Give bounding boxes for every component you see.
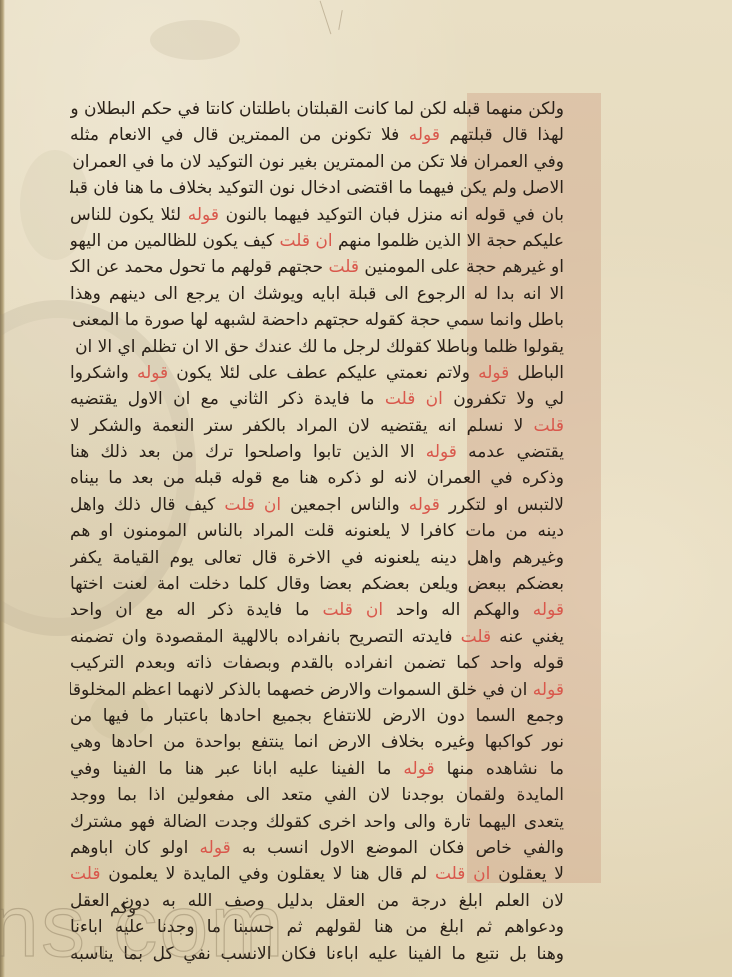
line-text: باطل وانما سمي حجة كقوله حجتهم داحضة لشب… xyxy=(70,310,564,330)
paper-stain xyxy=(150,20,240,60)
line-text: دينه من مات كافرا لا يلعنونه قلت المراد … xyxy=(70,521,564,541)
manuscript-line: بعضكم ببعض ويلعن بعضكم بعضا وقال كلما دخ… xyxy=(70,571,564,597)
line-text: قوله واحد كما تضمن انفراده بالقدم وبصفات… xyxy=(70,653,564,673)
manuscript-line: دينه من مات كافرا لا يلعنونه قلت المراد … xyxy=(70,518,564,544)
rubric-heading: قوله xyxy=(533,600,564,620)
rubric-heading: قوله xyxy=(137,363,168,383)
rubric-heading: قوله xyxy=(409,495,440,515)
manuscript-line: الباطل قوله ولاتم نعمتي عليكم عطف على لئ… xyxy=(70,360,564,386)
rubric-heading: قوله xyxy=(533,680,564,700)
rubric-heading: ان قلت xyxy=(280,231,333,251)
manuscript-line: لي ولا تكفرون ان قلت ما فايدة ذكر الثاني… xyxy=(70,386,564,412)
line-text: لالتبس او لتكرر xyxy=(440,495,564,515)
line-text: يقولوا ظلما وباطلا كقولك لرجل ما لك عندك… xyxy=(70,337,564,357)
line-text: كيف يكون للظالمين من اليهود xyxy=(70,231,280,251)
manuscript-line: يقولوا ظلما وباطلا كقولك لرجل ما لك عندك… xyxy=(70,334,564,360)
line-text: بان في قوله انه منزل فبان التوكيد فيهما … xyxy=(219,205,564,225)
line-text: لا نسلم انه يقتضيه لان المراد بالكفر ستر… xyxy=(70,416,534,436)
manuscript-line: يقتضي عدمه قوله الا الذين تابوا واصلحوا … xyxy=(70,439,564,465)
line-text: فايدته التصريح بانفراده بالالهية المقصود… xyxy=(70,627,461,647)
manuscript-line: المايدة ولقمان بوجدنا لان الفي متعد الى … xyxy=(70,782,564,808)
manuscript-line: عليكم حجة الا الذين ظلموا منهم ان قلت كي… xyxy=(70,228,564,254)
manuscript-page: ولكن منهما قبله لكن لما كانت القبلتان با… xyxy=(0,0,732,977)
line-text: الا الذين تابوا واصلحوا ترك من بعد ذلك ه… xyxy=(70,442,426,462)
manuscript-line: ولكن منهما قبله لكن لما كانت القبلتان با… xyxy=(70,96,564,122)
line-text: ما فايدة ذكر اله مع ان واحد xyxy=(70,600,322,620)
paper-crease xyxy=(338,10,342,30)
line-text: واشكروا xyxy=(70,363,137,383)
manuscript-line: باطل وانما سمي حجة كقوله حجتهم داحضة لشب… xyxy=(70,307,564,333)
manuscript-line: وغيرهم واهل دينه يلعنونه في الاخرة قال ت… xyxy=(70,545,564,571)
rubric-heading: قوله xyxy=(426,442,457,462)
line-text: نور كواكبها وغيره بخلاف الارض انما ينتفع… xyxy=(70,732,564,752)
manuscript-line: والفي خاص فكان الموضع الاول انسب به قوله… xyxy=(70,835,564,861)
line-text: وجمع السما دون الارض للانتفاع بجميع احاد… xyxy=(70,706,564,726)
manuscript-line: يتعدى اليهما تارة والى واحد اخرى كقولك و… xyxy=(70,809,564,835)
manuscript-line: يغني عنه قلت فايدته التصريح بانفراده بال… xyxy=(70,624,564,650)
line-text: الا انه بدا له الرجوع الى قبلة ابايه ويو… xyxy=(70,284,564,304)
rubric-heading: قلت xyxy=(534,416,564,436)
line-text: يقتضي عدمه xyxy=(457,442,564,462)
line-text: والفي خاص فكان الموضع الاول انسب به xyxy=(231,838,564,858)
line-text: المايدة ولقمان بوجدنا لان الفي متعد الى … xyxy=(70,785,564,805)
manuscript-line: الا انه بدا له الرجوع الى قبلة ابايه ويو… xyxy=(70,281,564,307)
manuscript-line: قوله واحد كما تضمن انفراده بالقدم وبصفات… xyxy=(70,650,564,676)
rubric-heading: ان قلت xyxy=(385,389,443,409)
rubric-heading: قلت xyxy=(461,627,491,647)
watermark-text: ns.com xyxy=(0,882,286,970)
line-text: كيف قال ذلك واهل xyxy=(70,495,224,515)
line-text: ما نشاهده منها xyxy=(435,759,564,779)
manuscript-line: او غيرهم حجة على المومنين قلت حجتهم قوله… xyxy=(70,254,564,280)
manuscript-text-block: ولكن منهما قبله لكن لما كانت القبلتان با… xyxy=(70,96,564,967)
line-text: لي ولا تكفرون xyxy=(443,389,564,409)
line-text: الاصل ولم يكن فيهما ما اقتضى ادخال نون ا… xyxy=(70,178,564,198)
line-text: فلا تكونن من الممترين قال في الانعام مثل… xyxy=(70,125,409,145)
line-text: حجتهم قولهم ما تحول محمد عن الكعبة xyxy=(70,257,329,277)
line-text: يتعدى اليهما تارة والى واحد اخرى كقولك و… xyxy=(70,812,564,832)
line-text: اولو كان اباوهم xyxy=(70,838,200,858)
manuscript-line: ما نشاهده منها قوله ما الفينا عليه ابانا… xyxy=(70,756,564,782)
manuscript-line: وجمع السما دون الارض للانتفاع بجميع احاد… xyxy=(70,703,564,729)
rubric-heading: قوله xyxy=(200,838,231,858)
line-text: وفي العمران فلا تكن من الممترين بغير نون… xyxy=(70,152,564,172)
manuscript-line: بان في قوله انه منزل فبان التوكيد فيهما … xyxy=(70,202,564,228)
rubric-heading: قوله xyxy=(478,363,509,383)
line-text: ما الفينا عليه ابانا عبر هنا ما الفينا و… xyxy=(70,759,403,779)
rubric-heading: ان قلت xyxy=(224,495,281,515)
manuscript-line: نور كواكبها وغيره بخلاف الارض انما ينتفع… xyxy=(70,729,564,755)
paper-crease xyxy=(320,1,332,35)
line-text: او غيرهم حجة على المومنين xyxy=(359,257,564,277)
line-text: ولاتم نعمتي عليكم عطف على لئلا يكون xyxy=(168,363,478,383)
line-text: ان في خلق السموات والارض خصهما بالذكر لا… xyxy=(70,680,533,700)
line-text: ما فايدة ذكر الثاني مع ان الاول يقتضيه xyxy=(70,389,385,409)
line-text: لهذا قال قبلتهم xyxy=(440,125,564,145)
rubric-heading: ان قلت xyxy=(435,864,490,884)
line-text: لئلا يكون للناس xyxy=(70,205,188,225)
manuscript-line: قوله ان في خلق السموات والارض خصهما بالذ… xyxy=(70,677,564,703)
rubric-heading: قلت xyxy=(329,257,359,277)
line-text: والهكم اله واحد xyxy=(383,600,533,620)
line-text: عليكم حجة الا الذين ظلموا منهم xyxy=(333,231,564,251)
manuscript-line: لالتبس او لتكرر قوله والناس اجمعين ان قل… xyxy=(70,492,564,518)
manuscript-line: لهذا قال قبلتهم قوله فلا تكونن من الممتر… xyxy=(70,122,564,148)
rubric-heading: قوله xyxy=(403,759,434,779)
manuscript-line: قلت لا نسلم انه يقتضيه لان المراد بالكفر… xyxy=(70,413,564,439)
manuscript-line: الاصل ولم يكن فيهما ما اقتضى ادخال نون ا… xyxy=(70,175,564,201)
line-text: بعضكم ببعض ويلعن بعضكم بعضا وقال كلما دخ… xyxy=(70,574,564,594)
line-text: لا يعقلون xyxy=(490,864,564,884)
line-text: وغيرهم واهل دينه يلعنونه في الاخرة قال ت… xyxy=(70,548,564,568)
manuscript-line: وذكره في العمران لانه لو ذكره هنا مع قول… xyxy=(70,465,564,491)
line-text: ولكن منهما قبله لكن لما كانت القبلتان با… xyxy=(70,99,564,119)
rubric-heading: قوله xyxy=(409,125,440,145)
rubric-heading: قوله xyxy=(188,205,219,225)
line-text: الباطل xyxy=(509,363,564,383)
rubric-heading: ان قلت xyxy=(322,600,383,620)
manuscript-line: وفي العمران فلا تكن من الممترين بغير نون… xyxy=(70,149,564,175)
line-text: وذكره في العمران لانه لو ذكره هنا مع قول… xyxy=(70,468,564,488)
manuscript-line: قوله والهكم اله واحد ان قلت ما فايدة ذكر… xyxy=(70,597,564,623)
line-text: يغني عنه xyxy=(491,627,564,647)
line-text: والناس اجمعين xyxy=(281,495,409,515)
